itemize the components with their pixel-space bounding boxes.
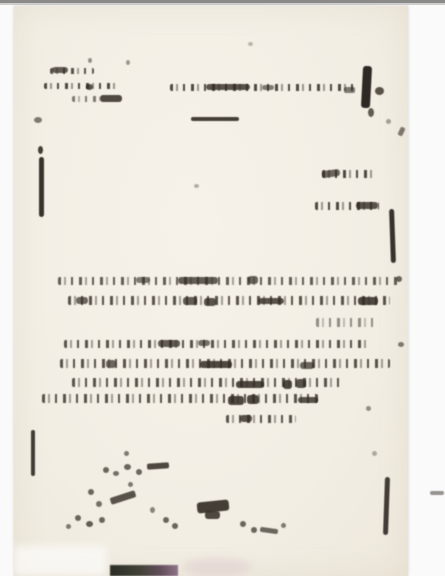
- body2-line-4: [42, 394, 318, 403]
- signature-dot-15: [172, 523, 178, 529]
- body1-line-1-bold-a: [136, 277, 150, 283]
- body2-line-3-bold-b: [296, 379, 306, 388]
- margin-stroke-left-upper-dot: [38, 146, 43, 154]
- letterhead-line-3-dash: [100, 95, 122, 102]
- body1-line-1-bold-b: [178, 277, 218, 284]
- body1-line-1-dot-end: [396, 276, 402, 282]
- bottom-smudge: [182, 558, 252, 576]
- body2-line-1-dot-end: [398, 342, 404, 347]
- body1-line-2-bold-end: [358, 297, 378, 305]
- signature-dot-3: [113, 471, 119, 476]
- signature-dot-9: [75, 515, 81, 521]
- body1-line-2: [68, 296, 390, 305]
- handwritten-dot-right: [375, 87, 384, 95]
- body2-line-2-bold-end: [300, 362, 314, 369]
- handwritten-tick-right: [397, 126, 405, 136]
- signature-curve: [260, 527, 279, 534]
- scanned-letter-viewport: Low-resolution scan of a one-page typewr…: [0, 0, 445, 576]
- signature-dot-14: [163, 517, 169, 523]
- letterhead-stray-tick: [126, 60, 130, 65]
- margin-dash-far-right: [430, 491, 444, 495]
- stray-dot-right-lower: [372, 451, 377, 456]
- body1-line-2-bold-c: [204, 298, 216, 306]
- bottom-left-fade: [14, 546, 106, 576]
- body2-trailing-line: [226, 415, 296, 423]
- signature-dot-4: [124, 464, 131, 470]
- body1-line-1: [58, 277, 398, 285]
- bottom-stamp-bar: [110, 565, 178, 576]
- body2-line-1: [64, 340, 368, 348]
- signature-dot-12: [66, 524, 71, 529]
- letterhead-line-1-bold: [52, 67, 68, 73]
- body2-trailing-bold: [240, 415, 252, 422]
- margin-dot-left: [34, 117, 42, 123]
- body2-line-4-bold-b: [247, 395, 259, 404]
- stray-dot-mid: [194, 184, 199, 188]
- handwritten-stroke-top-right: [361, 66, 372, 108]
- body1-line-2-dash: [258, 298, 284, 304]
- scan-top-edge-soft: [0, 3, 445, 5]
- signature-dot-11: [99, 517, 105, 523]
- signature-dot-17: [251, 527, 257, 533]
- body1-line-1-bold-c: [248, 276, 258, 284]
- signature-dot-2: [103, 467, 109, 473]
- body2-line-2-dash: [200, 361, 232, 368]
- signature-dash-2: [110, 490, 137, 505]
- body2-line-2-bold-a: [106, 360, 116, 368]
- body2-line-4-bold-a: [228, 396, 244, 405]
- margin-stroke-right-lower: [383, 477, 390, 535]
- letterhead-line-2-bold: [86, 84, 93, 90]
- margin-stroke-left-lower: [31, 430, 35, 476]
- signature-dot-8: [96, 501, 102, 507]
- signature-blob-2: [205, 511, 220, 519]
- signature-dot-18: [281, 523, 286, 528]
- body2-line-4-dot-right: [366, 406, 371, 411]
- signature-dot-6: [128, 482, 133, 487]
- heading-dot-above: [248, 42, 253, 46]
- handwritten-speck: [386, 119, 391, 124]
- margin-stroke-left-upper: [39, 157, 44, 217]
- letterhead-line-3: [72, 96, 100, 102]
- letterhead-line-2: [44, 83, 118, 89]
- body2-line-3-bold-a: [283, 380, 292, 389]
- margin-stroke-right-upper: [389, 209, 396, 263]
- body2-line-1-bold-b: [198, 340, 210, 346]
- signature-dot-5: [136, 469, 142, 475]
- heading-bold-2: [262, 85, 274, 90]
- signature-dot-13: [150, 507, 155, 513]
- body1-line-2-bold-b: [183, 297, 197, 305]
- heading-underline: [191, 117, 239, 121]
- body2-line-3-dash: [236, 381, 264, 388]
- date-line-2-bold: [356, 202, 378, 209]
- body1-line-2-bold-a: [76, 297, 88, 304]
- handwritten-tail: [368, 108, 374, 117]
- scan-marks-layer: [0, 0, 445, 576]
- body2-line-4-dash-end: [298, 397, 318, 403]
- body1-trailing-marks: [316, 318, 374, 327]
- handwritten-dash-left: [344, 87, 355, 93]
- body2-line-1-bold-a: [158, 340, 180, 347]
- signature-dot-16: [240, 521, 246, 527]
- signature-dot-1: [124, 451, 129, 456]
- letterhead-apostrophe: [88, 58, 92, 63]
- signature-dash-1: [147, 462, 169, 470]
- signature-dot-7: [88, 489, 94, 495]
- signature-dot-10: [86, 521, 93, 527]
- heading-bold-1: [206, 84, 250, 90]
